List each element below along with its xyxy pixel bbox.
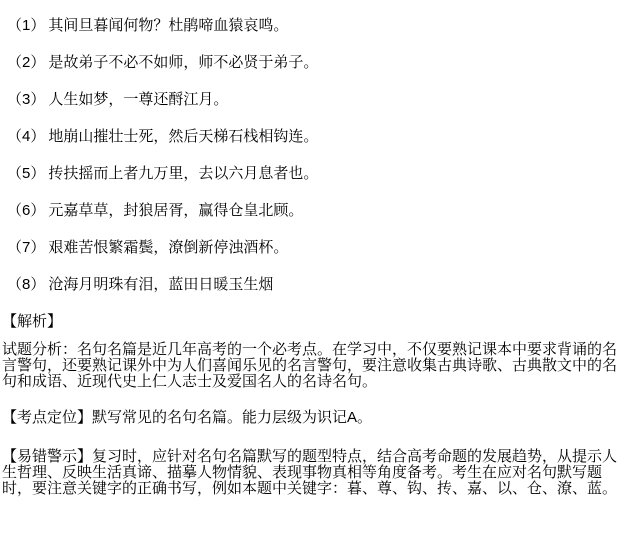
quote-number: （1） xyxy=(7,17,45,34)
quote-text: 沧海月明珠有泪，蓝田日暖玉生烟 xyxy=(48,276,273,293)
analysis-section-header: 【解析】 xyxy=(2,314,628,330)
quote-line-7: （7）艰难苦恨繁霜鬓，潦倒新停浊酒杯。 xyxy=(7,240,628,256)
quote-number: （7） xyxy=(7,239,45,256)
quote-text: 抟扶摇而上者九万里，去以六月息者也。 xyxy=(48,165,318,182)
quote-number: （6） xyxy=(7,202,45,219)
quote-text: 地崩山摧壮士死，然后天梯石栈相钩连。 xyxy=(48,128,318,145)
quote-text: 元嘉草草，封狼居胥，赢得仓皇北顾。 xyxy=(48,202,303,219)
quote-line-4: （4）地崩山摧壮士死，然后天梯石栈相钩连。 xyxy=(7,129,628,145)
quote-line-1: （1）其间旦暮闻何物？杜鹃啼血猿哀鸣。 xyxy=(7,18,628,34)
quote-number: （3） xyxy=(7,91,45,108)
document: （1）其间旦暮闻何物？杜鹃啼血猿哀鸣。 （2）是故弟子不必不如师，师不必贤于弟子… xyxy=(0,0,628,497)
exam-point-line: 【考点定位】默写常见的名句名篇。能力层级为识记A。 xyxy=(2,410,628,426)
analysis-body-paragraph: 试题分析：名句名篇是近几年高考的一个必考点。在学习中，不仅要熟记课本中要求背诵的… xyxy=(2,342,628,390)
quote-line-2: （2）是故弟子不必不如师，师不必贤于弟子。 xyxy=(7,55,628,71)
quote-text: 其间旦暮闻何物？杜鹃啼血猿哀鸣。 xyxy=(48,17,288,34)
quote-line-5: （5）抟扶摇而上者九万里，去以六月息者也。 xyxy=(7,166,628,182)
quote-number: （8） xyxy=(7,276,45,293)
quote-number: （4） xyxy=(7,128,45,145)
quote-number: （5） xyxy=(7,165,45,182)
quote-text: 艰难苦恨繁霜鬓，潦倒新停浊酒杯。 xyxy=(48,239,288,256)
quote-line-3: （3）人生如梦，一尊还酹江月。 xyxy=(7,92,628,108)
quote-line-6: （6）元嘉草草，封狼居胥，赢得仓皇北顾。 xyxy=(7,203,628,219)
quote-line-8: （8）沧海月明珠有泪，蓝田日暖玉生烟 xyxy=(7,277,628,293)
quote-text: 人生如梦，一尊还酹江月。 xyxy=(48,91,228,108)
quote-number: （2） xyxy=(7,54,45,71)
quote-text: 是故弟子不必不如师，师不必贤于弟子。 xyxy=(48,54,318,71)
error-warning-paragraph: 【易错警示】复习时，应针对名句名篇默写的题型特点，结合高考命题的发展趋势，从提示… xyxy=(2,449,628,497)
